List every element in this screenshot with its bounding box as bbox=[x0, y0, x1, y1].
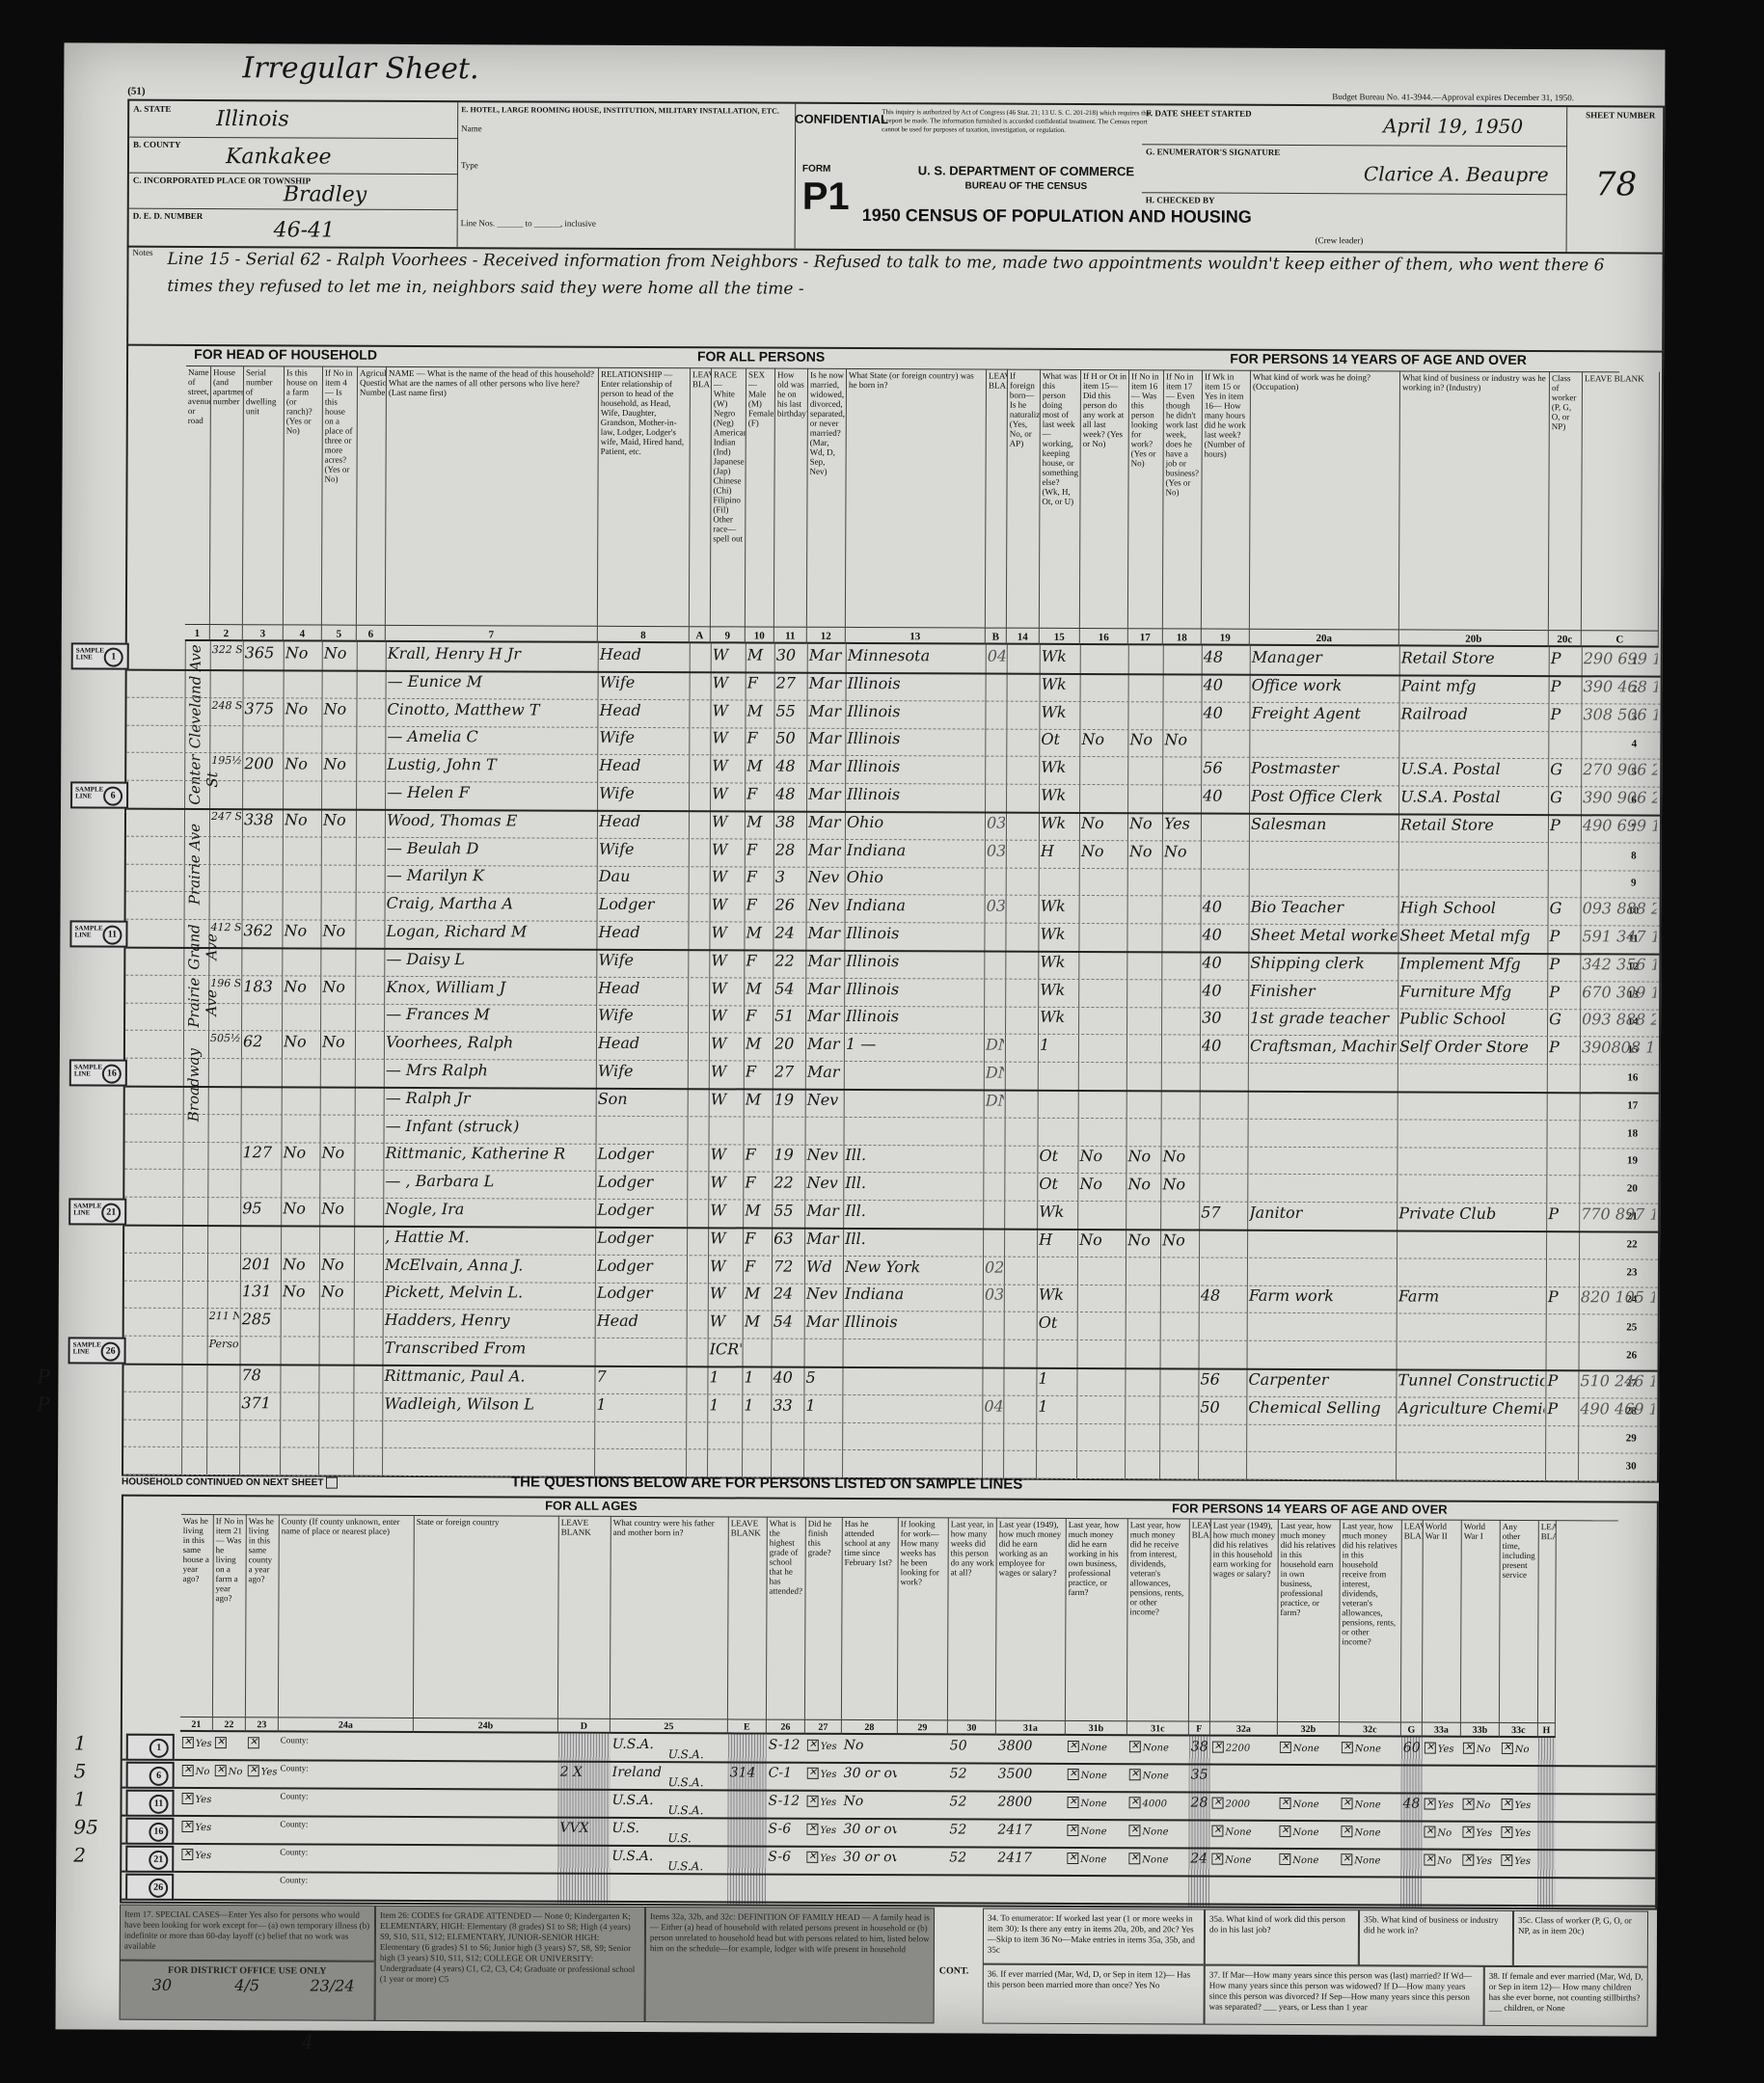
answer-checkbox[interactable]: ✕ bbox=[182, 1765, 194, 1776]
answer-checkbox[interactable]: ✕ bbox=[806, 1852, 818, 1863]
notes-text: Line 15 - Serial 62 - Ralph Voorhees - R… bbox=[167, 246, 1652, 307]
answer-checkbox[interactable]: ✕ bbox=[1212, 1742, 1224, 1753]
race: W bbox=[710, 1257, 742, 1275]
answer-checkbox[interactable]: ✕ bbox=[1067, 1825, 1078, 1836]
same-county-answer[interactable]: ✕Yes bbox=[248, 1763, 278, 1778]
occupation: Janitor bbox=[1249, 1204, 1396, 1223]
occupation: Postmaster bbox=[1251, 759, 1398, 778]
marital-status: Mar bbox=[807, 1035, 843, 1053]
serial-number: 362 bbox=[243, 921, 281, 939]
farm-answer: No bbox=[285, 755, 320, 773]
answer-checkbox[interactable]: ✕ bbox=[1211, 1853, 1223, 1865]
relatives-wages[interactable]: ✕None bbox=[1211, 1824, 1251, 1839]
highest-grade: S-6 bbox=[768, 1850, 791, 1865]
special-cases-box: Item 17. SPECIAL CASES—Enter Yes also fo… bbox=[120, 1905, 375, 1961]
question-36: 36. If ever married (Mar, Wd, D, or Sep … bbox=[983, 1964, 1205, 2025]
highest-grade: S-6 bbox=[768, 1822, 791, 1837]
col-number: 1 bbox=[185, 624, 210, 641]
answer-checkbox[interactable]: ✕ bbox=[1129, 1769, 1141, 1780]
school-attended: 30 or over bbox=[843, 1822, 896, 1837]
marital-status: 5 bbox=[805, 1368, 841, 1387]
line-number: 19 bbox=[1617, 1155, 1646, 1167]
sample-line-number: 16 bbox=[102, 1065, 122, 1084]
footer: Item 17. SPECIAL CASES—Enter Yes also fo… bbox=[120, 1905, 1654, 2027]
relatives-other-income[interactable]: ✕None bbox=[1341, 1852, 1380, 1867]
notes-section: Notes Line 15 - Serial 62 - Ralph Voorhe… bbox=[126, 246, 1664, 351]
acres-answer: No bbox=[324, 644, 356, 663]
other-income[interactable]: ✕4000 bbox=[1129, 1795, 1168, 1810]
sheet-number-box: SHEET NUMBER 78 bbox=[1566, 107, 1664, 252]
answer-checkbox[interactable]: ✕ bbox=[181, 1821, 193, 1832]
own-business-income[interactable]: ✕None bbox=[1068, 1767, 1107, 1782]
sample-col-header-school-attended: Has he attended school at any time since… bbox=[842, 1517, 899, 1719]
district-value: 30 bbox=[124, 1980, 200, 1990]
answer-checkbox[interactable]: ✕ bbox=[1501, 1826, 1512, 1838]
relationship: Lodger bbox=[597, 1173, 686, 1191]
same-house-answer[interactable]: ✕Yes bbox=[181, 1819, 211, 1834]
race: W bbox=[713, 673, 745, 691]
sample-col-header-other-income: Last year, how much money did he receive… bbox=[1127, 1518, 1190, 1720]
mother-birthplace: U.S.A. bbox=[668, 1747, 704, 1761]
industry: Railroad bbox=[1400, 704, 1547, 723]
county-label: County: bbox=[281, 1791, 309, 1800]
answer-checkbox[interactable]: ✕ bbox=[1342, 1798, 1353, 1809]
school-attended: No bbox=[844, 1794, 864, 1809]
answer-checkbox[interactable]: ✕ bbox=[1211, 1826, 1223, 1837]
age: 72 bbox=[773, 1257, 803, 1275]
answer-checkbox[interactable]: ✕ bbox=[1341, 1826, 1352, 1837]
other-service[interactable]: ✕Yes bbox=[1501, 1853, 1531, 1868]
same-house-answer[interactable]: ✕Yes bbox=[182, 1791, 212, 1806]
occupation: Shipping clerk bbox=[1250, 954, 1397, 973]
race: W bbox=[711, 1035, 743, 1053]
same-house-answer[interactable]: ✕Yes bbox=[181, 1847, 211, 1862]
industry: Public School bbox=[1399, 1010, 1546, 1029]
house-number: 196 South bbox=[210, 977, 240, 989]
same-house-answer[interactable]: ✕No bbox=[182, 1763, 210, 1778]
ww1-service[interactable]: ✕Yes bbox=[1462, 1825, 1492, 1840]
answer-checkbox[interactable]: ✕ bbox=[1068, 1741, 1079, 1752]
same-county-answer[interactable]: ✕ bbox=[248, 1735, 261, 1750]
ww2-service[interactable]: ✕Yes bbox=[1425, 1741, 1454, 1756]
person-name: — Amelia C bbox=[387, 727, 596, 746]
answer-checkbox[interactable]: ✕ bbox=[182, 1737, 194, 1748]
state-field: a. STATE Illinois bbox=[129, 101, 458, 139]
own-business-income[interactable]: ✕None bbox=[1068, 1739, 1107, 1754]
age: 24 bbox=[774, 924, 804, 942]
wages-income: 2417 bbox=[997, 1851, 1032, 1866]
answer-checkbox[interactable]: ✕ bbox=[1129, 1741, 1141, 1752]
birthplace: Illinois bbox=[846, 952, 983, 971]
sample-line-number: 1 bbox=[104, 648, 123, 667]
leave-blank-d: 2 X bbox=[560, 1765, 583, 1780]
acres-answer: No bbox=[323, 755, 355, 773]
enumerator-signature: Clarice A. Beaupre bbox=[1364, 162, 1549, 186]
person-name: — Ralph Jr bbox=[386, 1089, 595, 1108]
answer-checkbox[interactable]: ✕ bbox=[1280, 1798, 1291, 1809]
mother-birthplace: U.S. bbox=[667, 1831, 691, 1845]
occupation: Freight Agent bbox=[1251, 703, 1398, 722]
wages-income: 3500 bbox=[998, 1767, 1033, 1782]
person-name: Pickett, Melvin L. bbox=[385, 1283, 594, 1302]
occupation: Post Office Clerk bbox=[1251, 787, 1398, 806]
age: 27 bbox=[776, 673, 806, 691]
finished-grade[interactable]: ✕Yes bbox=[807, 1766, 837, 1781]
school-attended: 30 or over bbox=[843, 1850, 896, 1865]
line-number: 20 bbox=[1617, 1183, 1646, 1195]
age: 48 bbox=[775, 785, 805, 803]
relationship: Wife bbox=[598, 1006, 687, 1024]
leave-blank-g: 60 bbox=[1403, 1740, 1421, 1755]
answer-checkbox[interactable]: ✕ bbox=[1068, 1769, 1079, 1780]
marital-status: Mar bbox=[808, 785, 844, 803]
relationship: Lodger bbox=[597, 1145, 686, 1163]
farm-year-ago-answer[interactable]: ✕No bbox=[215, 1763, 243, 1778]
activity: Wk bbox=[1041, 897, 1078, 915]
other-income[interactable]: ✕None bbox=[1128, 1823, 1168, 1838]
relatives-other-income[interactable]: ✕None bbox=[1342, 1740, 1381, 1755]
relationship: Lodger bbox=[597, 1256, 686, 1274]
sample-col-header-leave-e: LEAVE BLANK bbox=[728, 1516, 768, 1718]
hours: 48 bbox=[1204, 648, 1249, 666]
ww1-service[interactable]: ✕No bbox=[1463, 1797, 1491, 1812]
birthplace: Ill. bbox=[845, 1230, 982, 1249]
line-number: 23 bbox=[1617, 1266, 1646, 1278]
leave-blank-b: DNA bbox=[986, 1064, 1004, 1082]
office-codes: 342 356 1 bbox=[1582, 955, 1656, 973]
activity: H bbox=[1041, 841, 1078, 859]
answer-checkbox[interactable]: ✕ bbox=[248, 1765, 259, 1776]
department: U. S. DEPARTMENT OF COMMERCEBUREAU OF TH… bbox=[882, 164, 1171, 194]
serial-number: 375 bbox=[244, 699, 282, 717]
relatives-wages[interactable]: ✕2000 bbox=[1212, 1796, 1251, 1811]
weeks-worked: 52 bbox=[950, 1794, 967, 1809]
col-header-q17: If No in item 16— Was this person lookin… bbox=[1128, 369, 1164, 628]
street-name: Grand Ave bbox=[185, 919, 212, 975]
activity: Ot bbox=[1039, 1313, 1076, 1332]
col-header-agri: Agriculture Questionnaire Number bbox=[357, 366, 387, 625]
answer-checkbox[interactable]: ✕ bbox=[1463, 1743, 1475, 1754]
other-service[interactable]: ✕Yes bbox=[1501, 1825, 1531, 1840]
father-birthplace: U.S.A. bbox=[612, 1737, 654, 1752]
answer-checkbox[interactable]: ✕ bbox=[1342, 1742, 1353, 1753]
line-number: 4 bbox=[1619, 739, 1648, 750]
marital-status: Mar bbox=[808, 729, 844, 747]
col-header-race: RACE — White (W) Negro (Neg) American In… bbox=[711, 367, 746, 626]
other-income[interactable]: ✕None bbox=[1129, 1767, 1169, 1782]
sex: 1 bbox=[744, 1367, 770, 1386]
answer-checkbox[interactable]: ✕ bbox=[806, 1824, 818, 1835]
finished-grade[interactable]: ✕Yes bbox=[807, 1794, 837, 1809]
ed-value: 46-41 bbox=[274, 218, 336, 242]
other-income[interactable]: ✕None bbox=[1129, 1739, 1169, 1754]
street-name: Prairie Ave bbox=[185, 975, 212, 1031]
form-number: P1 bbox=[802, 176, 850, 219]
house-number: 211 N. Grand bbox=[209, 1310, 239, 1322]
ww2-service[interactable]: ✕No bbox=[1424, 1853, 1452, 1868]
answer-checkbox[interactable]: ✕ bbox=[1279, 1853, 1290, 1865]
race: W bbox=[710, 1201, 742, 1219]
answer-checkbox[interactable]: ✕ bbox=[181, 1849, 193, 1860]
line-number: 26 bbox=[1617, 1349, 1646, 1361]
relatives-wages[interactable]: ✕None bbox=[1211, 1852, 1251, 1867]
race: W bbox=[710, 1285, 742, 1303]
relationship: Lodger bbox=[597, 1229, 686, 1247]
has-job-answer: No bbox=[1162, 1176, 1198, 1194]
hours: 40 bbox=[1202, 953, 1247, 971]
relationship: Wife bbox=[599, 784, 688, 802]
age: 33 bbox=[773, 1395, 802, 1414]
relatives-own-business[interactable]: ✕None bbox=[1280, 1796, 1319, 1811]
answer-checkbox[interactable]: ✕ bbox=[807, 1768, 819, 1779]
relatives-other-income[interactable]: ✕None bbox=[1342, 1796, 1381, 1811]
age: 20 bbox=[774, 1035, 804, 1053]
relatives-wages[interactable]: ✕2200 bbox=[1212, 1740, 1251, 1755]
answer-checkbox[interactable]: ✕ bbox=[1212, 1798, 1224, 1809]
office-codes: 820 105 1 bbox=[1581, 1288, 1655, 1307]
answer-checkbox[interactable]: ✕ bbox=[1067, 1853, 1078, 1864]
acres-answer: No bbox=[322, 922, 354, 940]
page-code: (51) bbox=[127, 86, 145, 97]
leave-blank-b: DNA bbox=[986, 1036, 1004, 1054]
industry: High School bbox=[1400, 899, 1547, 918]
col-number: 5 bbox=[322, 625, 357, 642]
activity: Wk bbox=[1042, 675, 1079, 693]
relatives-own-business[interactable]: ✕None bbox=[1280, 1740, 1319, 1755]
relationship: Lodger bbox=[597, 1201, 686, 1219]
sample-col-header-leave-d: LEAVE BLANK bbox=[558, 1516, 611, 1718]
marital-status: Nev bbox=[808, 896, 844, 914]
sample-col-header-finished: Did he finish this grade? bbox=[805, 1517, 843, 1719]
ww1-service[interactable]: ✕No bbox=[1463, 1741, 1491, 1756]
sex: M bbox=[746, 923, 772, 941]
marital-status: Mar bbox=[808, 840, 844, 858]
mother-birthplace: U.S.A. bbox=[667, 1859, 703, 1873]
sex: M bbox=[746, 812, 773, 830]
street-name: Prairie Ave bbox=[186, 808, 214, 919]
sample-col-number: 21 bbox=[180, 1717, 213, 1732]
sample-col-header-farm-year-ago: If No in item 21— Was he living on a far… bbox=[213, 1514, 247, 1717]
answer-checkbox[interactable]: ✕ bbox=[1425, 1743, 1436, 1754]
person-name: — Infant (struck) bbox=[386, 1116, 595, 1135]
family-head-box: Items 32a, 32b, and 32c: DEFINITION OF F… bbox=[645, 1907, 936, 2023]
sample-col-header-wages: Last year (1949), how much money did he … bbox=[996, 1518, 1067, 1720]
sample-col-number: 24b bbox=[414, 1718, 558, 1734]
hours: 40 bbox=[1202, 1037, 1247, 1055]
answer-checkbox[interactable]: ✕ bbox=[1502, 1743, 1513, 1754]
col-number: 15 bbox=[1040, 628, 1080, 645]
sample-col-number: 28 bbox=[842, 1719, 898, 1735]
sex: M bbox=[747, 645, 773, 663]
answer-checkbox[interactable]: ✕ bbox=[1425, 1799, 1436, 1810]
occupation: Sheet Metal worker bbox=[1250, 926, 1397, 945]
other-income[interactable]: ✕None bbox=[1128, 1851, 1168, 1866]
hours: 50 bbox=[1200, 1397, 1245, 1416]
col-header-occupation: What kind of work was he doing? (Occupat… bbox=[1250, 370, 1400, 630]
margin-mark: 1 bbox=[74, 1787, 87, 1810]
activity: Wk bbox=[1041, 702, 1078, 720]
sample-col-header-leave-f: LEAVE BLANK bbox=[1189, 1518, 1211, 1720]
race: W bbox=[710, 1312, 742, 1331]
race: W bbox=[712, 701, 744, 719]
activity: 1 bbox=[1040, 1036, 1077, 1054]
answer-checkbox[interactable]: ✕ bbox=[1128, 1825, 1140, 1836]
relationship: 7 bbox=[596, 1367, 685, 1386]
ww2-service[interactable]: ✕No bbox=[1424, 1825, 1452, 1840]
same-house-answer[interactable]: ✕Yes bbox=[182, 1735, 212, 1750]
house-number: 248 South bbox=[211, 699, 241, 712]
answer-checkbox[interactable]: ✕ bbox=[182, 1793, 194, 1804]
worked-answer: No bbox=[1079, 1147, 1125, 1165]
farm-answer: No bbox=[283, 1255, 318, 1273]
answer-checkbox[interactable]: ✕ bbox=[1129, 1797, 1141, 1808]
sex: F bbox=[745, 1174, 771, 1192]
age: 24 bbox=[773, 1285, 803, 1303]
answer-checkbox[interactable]: ✕ bbox=[1280, 1742, 1291, 1753]
birthplace: Ill. bbox=[845, 1174, 982, 1193]
sample-line-number: 21 bbox=[101, 1204, 121, 1223]
col-number: 4 bbox=[284, 624, 322, 641]
ww1-service[interactable]: ✕Yes bbox=[1462, 1853, 1492, 1868]
leave-blank-e: 314 bbox=[730, 1765, 756, 1780]
acres-answer: No bbox=[322, 1033, 354, 1051]
birthplace: Minnesota bbox=[848, 646, 985, 665]
looking-answer: No bbox=[1127, 1231, 1159, 1249]
relatives-own-business[interactable]: ✕None bbox=[1279, 1852, 1318, 1867]
sex: F bbox=[747, 673, 773, 691]
answer-checkbox[interactable]: ✕ bbox=[215, 1737, 227, 1748]
answer-checkbox[interactable]: ✕ bbox=[1068, 1797, 1079, 1808]
margin-mark: 1 bbox=[74, 1731, 87, 1754]
own-business-income[interactable]: ✕None bbox=[1068, 1795, 1107, 1810]
sample-col-header-other-service: Any other time, including present servic… bbox=[1500, 1520, 1539, 1722]
answer-checkbox[interactable]: ✕ bbox=[1424, 1854, 1435, 1866]
sample-col-number: 31a bbox=[996, 1720, 1066, 1736]
sample-col-header-ww2: World War II bbox=[1423, 1520, 1462, 1722]
answer-checkbox[interactable]: ✕ bbox=[1501, 1854, 1512, 1866]
answer-checkbox[interactable]: ✕ bbox=[248, 1737, 259, 1748]
activity: Wk bbox=[1040, 1008, 1077, 1026]
sample-col-header-rel-own-business: Last year, how much money did his relati… bbox=[1278, 1519, 1341, 1721]
answer-checkbox[interactable]: ✕ bbox=[1341, 1853, 1352, 1865]
office-codes: 490 699 1 bbox=[1583, 816, 1657, 834]
occupation: Salesman bbox=[1251, 815, 1398, 834]
answer-checkbox[interactable]: ✕ bbox=[1424, 1826, 1435, 1838]
col-header-leave-b: LEAVE BLANK bbox=[986, 369, 1008, 628]
household-continued-checkbox[interactable] bbox=[326, 1477, 338, 1489]
sex: M bbox=[745, 1312, 771, 1331]
answer-checkbox[interactable]: ✕ bbox=[1128, 1853, 1140, 1864]
other-service[interactable]: ✕Yes bbox=[1502, 1797, 1532, 1812]
person-name: Wadleigh, Wilson L bbox=[384, 1393, 593, 1413]
occupation: Manager bbox=[1252, 648, 1398, 667]
race: 1 bbox=[709, 1367, 741, 1386]
cont-label: CONT. bbox=[939, 1965, 969, 1976]
ww2-service[interactable]: ✕Yes bbox=[1425, 1797, 1454, 1812]
sample-col-number: 27 bbox=[805, 1719, 842, 1735]
activity: Wk bbox=[1041, 786, 1078, 804]
sample-col-header-same-county: Was he living in this same county a year… bbox=[246, 1514, 280, 1717]
sample-line-badge: SAMPLE LINE26 bbox=[68, 1337, 126, 1364]
census-sheet: Irregular Sheet. (51) Budget Bureau No. … bbox=[56, 42, 1666, 2036]
sex: F bbox=[746, 784, 773, 802]
sex: F bbox=[746, 896, 773, 914]
sample-grid: FOR ALL AGES FOR PERSONS 14 YEARS OF AGE… bbox=[120, 1495, 1659, 1910]
person-name: Cinotto, Matthew T bbox=[387, 699, 596, 718]
finished-grade[interactable]: ✕Yes bbox=[806, 1822, 836, 1837]
finished-grade[interactable]: ✕Yes bbox=[807, 1738, 837, 1753]
relatives-own-business[interactable]: ✕None bbox=[1279, 1824, 1318, 1839]
leave-blank-f: 35 bbox=[1191, 1768, 1208, 1783]
age: 22 bbox=[773, 1174, 803, 1192]
own-business-income[interactable]: ✕None bbox=[1067, 1851, 1106, 1866]
person-name: — Helen F bbox=[387, 783, 596, 802]
answer-checkbox[interactable]: ✕ bbox=[1462, 1854, 1474, 1866]
farm-answer: No bbox=[284, 977, 319, 995]
hours: 40 bbox=[1203, 898, 1248, 916]
sample-col-number: 23 bbox=[246, 1717, 279, 1732]
industry: Self Order Store bbox=[1399, 1038, 1546, 1057]
serial-number: 371 bbox=[241, 1393, 279, 1412]
col-number: 3 bbox=[243, 624, 284, 641]
col-header-farm: Is this house on a farm (or ranch)? (Yes… bbox=[284, 365, 323, 624]
answer-checkbox[interactable]: ✕ bbox=[807, 1740, 819, 1751]
answer-checkbox[interactable]: ✕ bbox=[1279, 1826, 1290, 1837]
leave-blank-b: DNA bbox=[986, 1091, 1004, 1109]
relatives-other-income[interactable]: ✕None bbox=[1341, 1824, 1380, 1839]
answer-checkbox[interactable]: ✕ bbox=[1462, 1826, 1474, 1838]
finished-grade[interactable]: ✕Yes bbox=[806, 1850, 836, 1865]
race: W bbox=[712, 812, 744, 830]
answer-checkbox[interactable]: ✕ bbox=[1502, 1799, 1513, 1810]
answer-checkbox[interactable]: ✕ bbox=[215, 1765, 227, 1776]
farm-year-ago-answer[interactable]: ✕ bbox=[215, 1735, 229, 1750]
hours: 30 bbox=[1202, 1009, 1247, 1027]
county-label: County: bbox=[280, 1875, 308, 1884]
industry: Agriculture Chemical Mfg bbox=[1398, 1398, 1544, 1418]
farm-answer: No bbox=[284, 1033, 319, 1051]
industry: Farm bbox=[1398, 1287, 1545, 1307]
class-of-worker: P bbox=[1549, 983, 1579, 1001]
col-header-marital: Is he now married, widowed, divorced, se… bbox=[807, 368, 847, 627]
sample-col-number: F bbox=[1189, 1720, 1210, 1736]
activity: Wk bbox=[1040, 980, 1077, 998]
class-of-worker: P bbox=[1547, 1399, 1577, 1418]
person-name: Rittmanic, Katherine R bbox=[385, 1144, 594, 1163]
col-number: 6 bbox=[357, 625, 386, 642]
worked-answer: No bbox=[1079, 1175, 1125, 1193]
school-attended: 30 or over bbox=[844, 1766, 897, 1781]
answer-checkbox[interactable]: ✕ bbox=[1463, 1799, 1475, 1810]
worked-answer: No bbox=[1079, 1231, 1125, 1249]
office-codes: 670 309 1 bbox=[1582, 983, 1656, 1001]
answer-checkbox[interactable]: ✕ bbox=[807, 1796, 819, 1807]
sample-col-number: 32c bbox=[1340, 1721, 1401, 1737]
own-business-income[interactable]: ✕None bbox=[1067, 1823, 1106, 1838]
class-of-worker: P bbox=[1548, 1204, 1578, 1223]
activity: Wk bbox=[1040, 925, 1077, 943]
age: 22 bbox=[774, 951, 804, 969]
marital-status: Mar bbox=[809, 646, 845, 664]
sample-line-badge: SAMPLE LINE16 bbox=[69, 1059, 127, 1086]
age: 38 bbox=[775, 812, 805, 830]
hours: 40 bbox=[1203, 703, 1248, 721]
industry: Sheet Metal mfg bbox=[1399, 926, 1546, 945]
col-header-name: NAME — What is the name of the head of t… bbox=[386, 366, 599, 626]
relationship: Head bbox=[599, 812, 688, 830]
serial-number: 127 bbox=[242, 1144, 280, 1162]
other-service[interactable]: ✕No bbox=[1502, 1741, 1530, 1756]
